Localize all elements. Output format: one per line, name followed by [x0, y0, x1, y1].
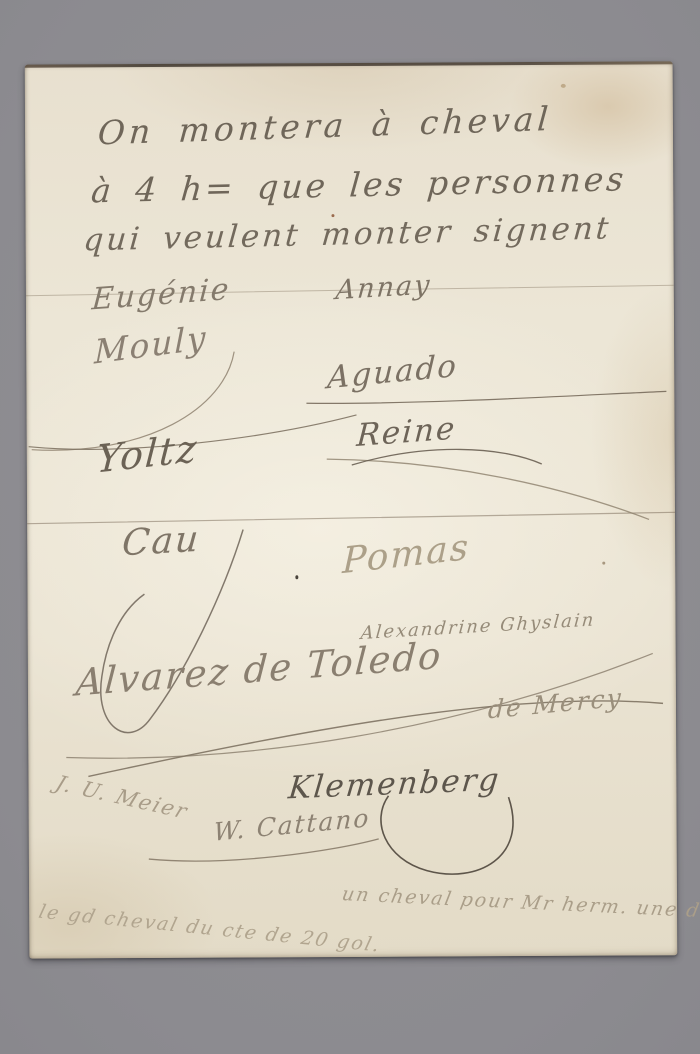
fold-crease-middle: [27, 512, 675, 523]
signature-yoltz: Yoltz: [95, 429, 199, 479]
flourish-cattano-underline: [149, 839, 379, 861]
paper-speck: [561, 84, 566, 88]
paper-speck: [295, 575, 298, 579]
signature-klemenberg: Klemenberg: [287, 765, 502, 805]
flourish-aguado-underline: [306, 391, 666, 403]
paper-speck: [602, 562, 605, 565]
signature-annay: Annay: [335, 271, 433, 304]
flourish-klemenberg-loop: [381, 795, 513, 874]
paper-speck: [331, 214, 334, 217]
signature-reine: Reine: [356, 413, 458, 452]
document-paper: On montera à cheval à 4 h= que les perso…: [25, 61, 678, 958]
flourish-long-arc: [327, 457, 649, 521]
signature-cau: Cau: [121, 522, 202, 563]
photo-background: { "photo": { "background_color": "#8e8d9…: [0, 0, 700, 1054]
